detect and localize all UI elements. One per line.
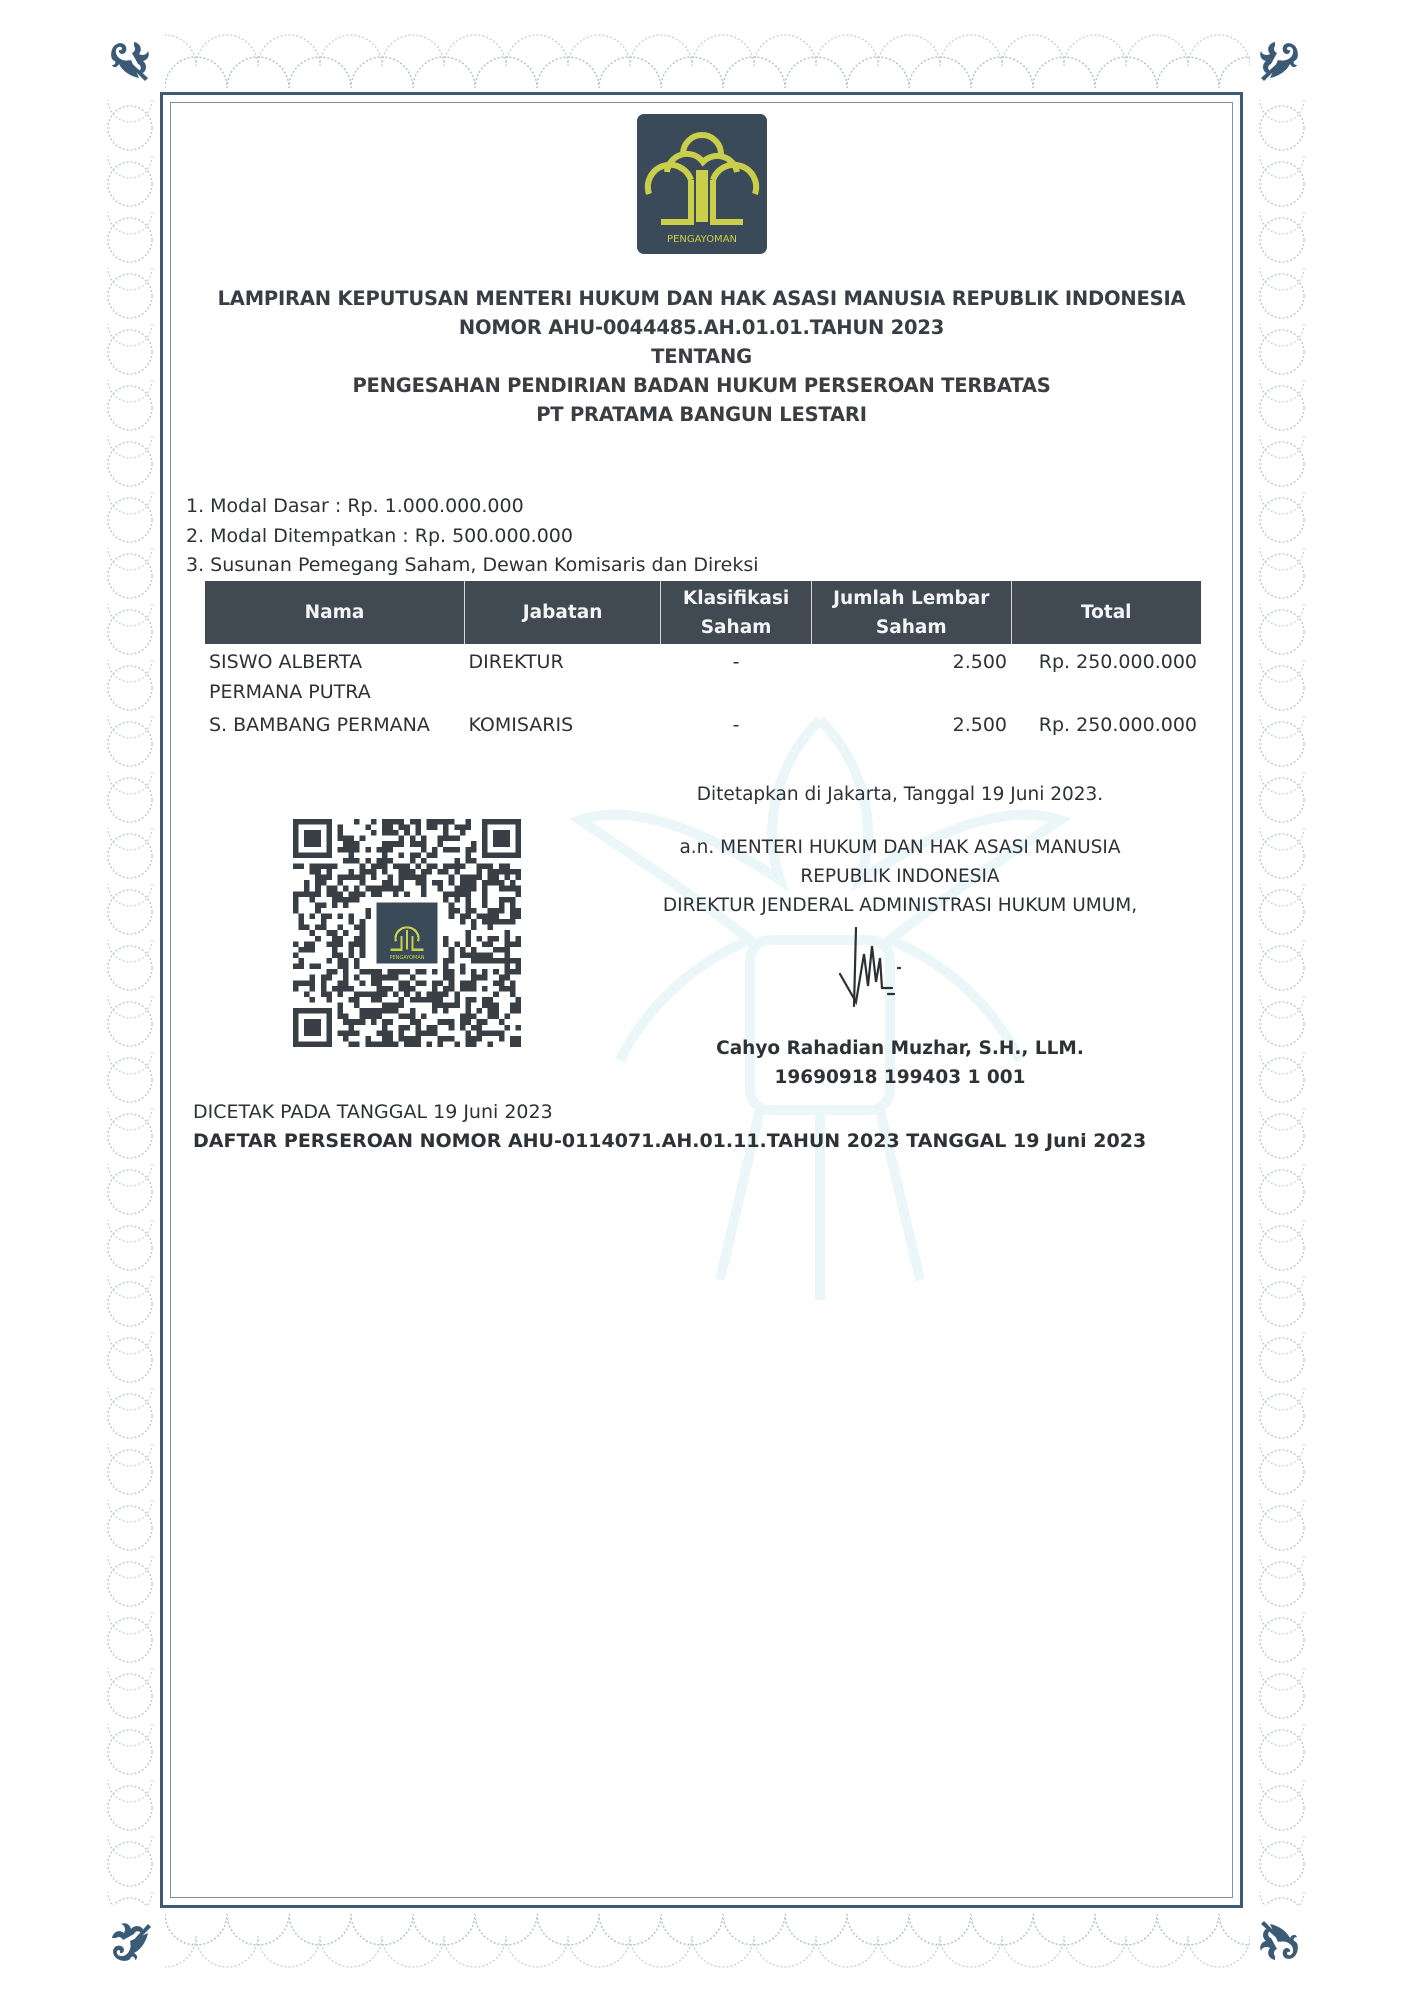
signatory-name: Cahyo Rahadian Muzhar, S.H., LLM. bbox=[620, 1034, 1180, 1063]
column-header-nama: Nama bbox=[205, 581, 465, 644]
column-header-jabatan: Jabatan bbox=[465, 581, 661, 644]
signatory-title: DIREKTUR JENDERAL ADMINISTRASI HUKUM UMU… bbox=[620, 891, 1180, 920]
cell-nama: SISWO ALBERTA PERMANA PUTRA bbox=[205, 644, 465, 707]
corner-ornament-icon bbox=[108, 38, 154, 84]
on-behalf-line-1: a.n. MENTERI HUKUM DAN HAK ASASI MANUSIA bbox=[620, 833, 1180, 862]
on-behalf-line-2: REPUBLIK INDONESIA bbox=[620, 862, 1180, 891]
table-header-row: Nama Jabatan Klasifikasi Saham Jumlah Le… bbox=[205, 581, 1201, 644]
cell-jabatan: DIREKTUR bbox=[465, 644, 661, 707]
cell-total: Rp. 250.000.000 bbox=[1011, 644, 1201, 707]
heading-line-subject: PENGESAHAN PENDIRIAN BADAN HUKUM PERSERO… bbox=[170, 371, 1233, 400]
svg-text:PENGAYOMAN: PENGAYOMAN bbox=[389, 955, 424, 961]
table-row: SISWO ALBERTA PERMANA PUTRA DIREKTUR - 2… bbox=[205, 644, 1201, 707]
cell-jumlah: 2.500 bbox=[812, 644, 1011, 707]
cell-klasifikasi: - bbox=[661, 707, 812, 741]
cell-total: Rp. 250.000.000 bbox=[1011, 707, 1201, 741]
column-header-klasifikasi: Klasifikasi Saham bbox=[661, 581, 812, 644]
cell-jabatan: KOMISARIS bbox=[465, 707, 661, 741]
guilloche-border-left bbox=[100, 100, 160, 1905]
guilloche-border-right bbox=[1252, 100, 1312, 1905]
registry-number: DAFTAR PERSEROAN NOMOR AHU-0114071.AH.01… bbox=[193, 1127, 1146, 1156]
modal-dasar: 1. Modal Dasar : Rp. 1.000.000.000 bbox=[186, 492, 759, 522]
capital-items: 1. Modal Dasar : Rp. 1.000.000.000 2. Mo… bbox=[186, 492, 759, 581]
column-header-total: Total bbox=[1011, 581, 1201, 644]
heading-line-company: PT PRATAMA BANGUN LESTARI bbox=[170, 400, 1233, 429]
corner-ornament-icon bbox=[1255, 38, 1301, 84]
guilloche-border-bottom bbox=[165, 1912, 1250, 1972]
signature bbox=[620, 920, 1180, 1018]
modal-ditempatkan: 2. Modal Ditempatkan : Rp. 500.000.000 bbox=[186, 522, 759, 552]
corner-ornament-icon bbox=[108, 1918, 154, 1964]
cell-klasifikasi: - bbox=[661, 644, 812, 707]
decree-heading: LAMPIRAN KEPUTUSAN MENTERI HUKUM DAN HAK… bbox=[170, 284, 1233, 429]
cell-jumlah: 2.500 bbox=[812, 707, 1011, 741]
printed-date: DICETAK PADA TANGGAL 19 Juni 2023 bbox=[193, 1098, 1146, 1127]
shareholders-table: Nama Jabatan Klasifikasi Saham Jumlah Le… bbox=[205, 581, 1201, 741]
guilloche-border-top bbox=[165, 30, 1250, 90]
heading-line-tentang: TENTANG bbox=[170, 342, 1233, 371]
corner-ornament-icon bbox=[1255, 1918, 1301, 1964]
document-footer: DICETAK PADA TANGGAL 19 Juni 2023 DAFTAR… bbox=[193, 1098, 1146, 1156]
susunan-pemegang-saham: 3. Susunan Pemegang Saham, Dewan Komisar… bbox=[186, 551, 759, 581]
cell-nama: S. BAMBANG PERMANA bbox=[205, 707, 465, 741]
heading-line-number: NOMOR AHU-0044485.AH.01.01.TAHUN 2023 bbox=[170, 313, 1233, 342]
svg-text:PENGAYOMAN: PENGAYOMAN bbox=[667, 234, 737, 245]
column-header-jumlah: Jumlah Lembar Saham bbox=[812, 581, 1011, 644]
signatory-nip: 19690918 199403 1 001 bbox=[620, 1063, 1180, 1092]
signature-block: Ditetapkan di Jakarta, Tanggal 19 Juni 2… bbox=[620, 780, 1180, 1092]
heading-line-title: LAMPIRAN KEPUTUSAN MENTERI HUKUM DAN HAK… bbox=[170, 284, 1233, 313]
table-row: S. BAMBANG PERMANA KOMISARIS - 2.500 Rp.… bbox=[205, 707, 1201, 741]
qr-code-icon[interactable]: PENGAYOMAN bbox=[293, 818, 521, 1048]
handwritten-signature-icon bbox=[830, 924, 950, 1020]
pengayoman-logo-icon: PENGAYOMAN bbox=[637, 114, 767, 254]
place-date: Ditetapkan di Jakarta, Tanggal 19 Juni 2… bbox=[620, 780, 1180, 809]
